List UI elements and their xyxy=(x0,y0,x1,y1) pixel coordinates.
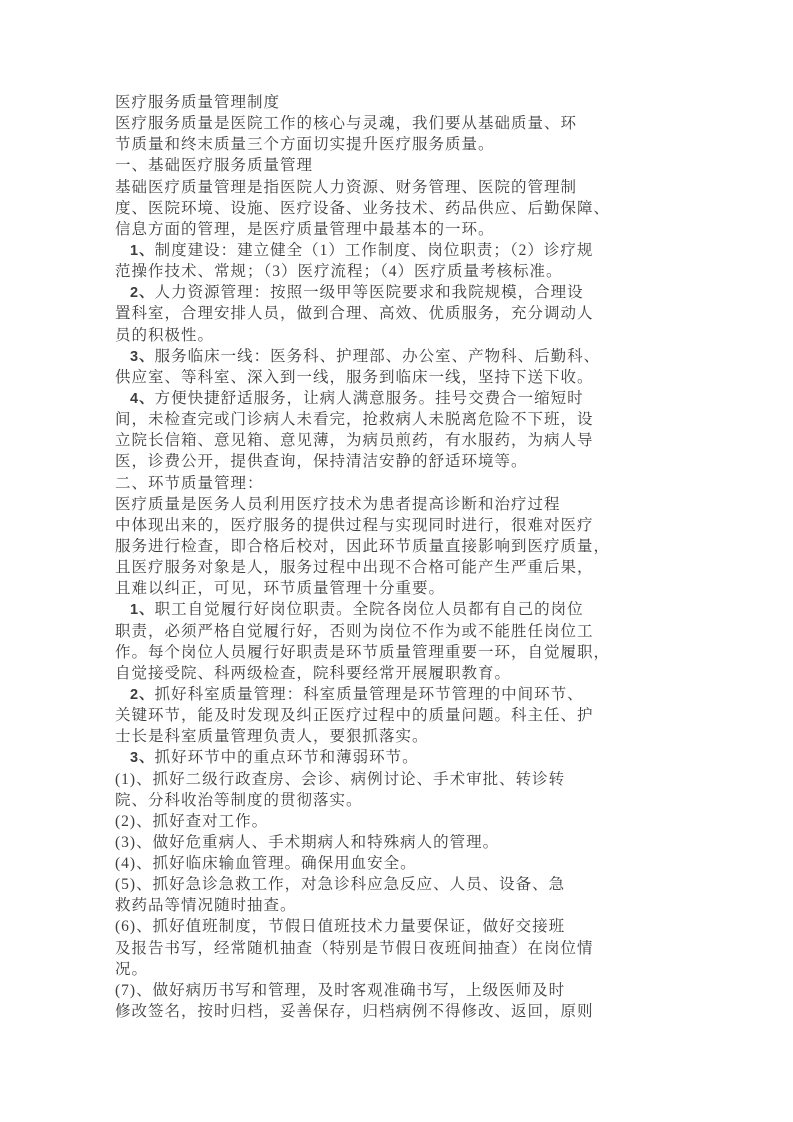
text-line: 医疗服务质量是医院工作的核心与灵魂，我们要从基础质量、环 xyxy=(115,113,715,134)
text-line: 基础医疗质量管理是指医院人力资源、财务管理、医院的管理制 xyxy=(115,177,715,198)
text-line: 节质量和终末质量三个方面切实提升医疗服务质量。 xyxy=(115,134,715,155)
document-body: 医疗服务质量管理制度医疗服务质量是医院工作的核心与灵魂，我们要从基础质量、环节质… xyxy=(115,92,715,1022)
text-line: (3)、做好危重病人、手术期病人和特殊病人的管理。 xyxy=(115,832,715,853)
text-line: (2)、抓好查对工作。 xyxy=(115,811,715,832)
text-line: 立院长信箱、意见箱、意见薄，为病员煎药，有水服药，为病人导 xyxy=(115,430,715,451)
list-number: 3、 xyxy=(130,750,155,766)
text-line: 医，诊费公开，提供查询，保持清洁安静的舒适环境等。 xyxy=(115,451,715,472)
text-line: 4、方便快捷舒适服务，让病人满意服务。挂号交费合一缩短时 xyxy=(115,388,715,409)
text-line: 信息方面的管理，是医疗质量管理中最基本的一环。 xyxy=(115,219,715,240)
text-line: 自觉接受院、科两级检查，院科要经常开展履职教育。 xyxy=(115,663,715,684)
text-line: 置科室，合理安排人员，做到合理、高效、优质服务，充分调动人 xyxy=(115,303,715,324)
text-line: (4)、抓好临床输血管理。确保用血安全。 xyxy=(115,853,715,874)
text-line: (7)、做好病历书写和管理，及时客观准确书写，上级医师及时 xyxy=(115,980,715,1001)
text-line: 救药品等情况随时抽查。 xyxy=(115,895,715,916)
text-line: 2、人力资源管理：按照一级甲等医院要求和我院规模，合理设 xyxy=(115,282,715,303)
text-line: 1、职工自觉履行好岗位职责。全院各岗位人员都有自己的岗位 xyxy=(115,599,715,620)
text-line: 且医疗服务对象是人，服务过程中出现不合格可能产生严重后果， xyxy=(115,557,715,578)
text-line: 关键环节，能及时发现及纠正医疗过程中的质量问题。科主任、护 xyxy=(115,705,715,726)
text-line: 3、服务临床一线：医务科、护理部、办公室、产物科、后勤科、 xyxy=(115,346,715,367)
text-line: 3、抓好环节中的重点环节和薄弱环节。 xyxy=(115,747,715,768)
text-line: (5)、抓好急诊急救工作，对急诊科应急反应、人员、设备、急 xyxy=(115,874,715,895)
text-line: (1)、抓好二级行政查房、会诊、病例讨论、手术审批、转诊转 xyxy=(115,769,715,790)
text-line: 及报告书写，经常随机抽查（特别是节假日夜班间抽查）在岗位情 xyxy=(115,938,715,959)
text-line: 2、抓好科室质量管理：科室质量管理是环节管理的中间环节、 xyxy=(115,684,715,705)
text-line: 士长是科室质量管理负责人，要狠抓落实。 xyxy=(115,726,715,747)
list-number: 2、 xyxy=(130,687,155,703)
text-line: 范操作技术、常规；（3）医疗流程；（4）医疗质量考核标准。 xyxy=(115,261,715,282)
text-line: 员的积极性。 xyxy=(115,325,715,346)
text-line: 作。每个岗位人员履行好职责是环节质量管理重要一环，自觉履职， xyxy=(115,642,715,663)
text-line: 间，未检查完或门诊病人未看完，抢救病人未脱离危险不下班，设 xyxy=(115,409,715,430)
text-line: 医疗质量是医务人员利用医疗技术为患者提高诊断和治疗过程 xyxy=(115,494,715,515)
text-line: 修改签名，按时归档，妥善保存，归档病例不得修改、返回，原则 xyxy=(115,1001,715,1022)
text-line: 供应室、等科室、深入到一线，服务到临床一线，坚持下送下收。 xyxy=(115,367,715,388)
text-line: 二、环节质量管理： xyxy=(115,473,715,494)
document-page: 医疗服务质量管理制度医疗服务质量是医院工作的核心与灵魂，我们要从基础质量、环节质… xyxy=(0,0,793,1122)
text-line: 医疗服务质量管理制度 xyxy=(115,92,715,113)
text-line: 职责，必须严格自觉履行好，否则为岗位不作为或不能胜任岗位工 xyxy=(115,621,715,642)
list-number: 2、 xyxy=(130,285,155,301)
text-line: 一、基础医疗服务质量管理 xyxy=(115,155,715,176)
text-line: 且难以纠正，可见，环节质量管理十分重要。 xyxy=(115,578,715,599)
list-number: 4、 xyxy=(130,391,155,407)
text-line: 况。 xyxy=(115,959,715,980)
list-number: 1、 xyxy=(130,602,155,618)
text-line: 度、医院环境、设施、医疗设备、业务技术、药品供应、后勤保障、 xyxy=(115,198,715,219)
list-number: 3、 xyxy=(130,349,155,365)
text-line: 中体现出来的，医疗服务的提供过程与实现同时进行，很难对医疗 xyxy=(115,515,715,536)
text-line: 院、分科收治等制度的贯彻落实。 xyxy=(115,790,715,811)
text-line: 服务进行检查，即合格后校对，因此环节质量直接影响到医疗质量， xyxy=(115,536,715,557)
list-number: 1、 xyxy=(130,243,155,259)
text-line: 1、制度建设：建立健全（1）工作制度、岗位职责；（2）诊疗规 xyxy=(115,240,715,261)
text-line: (6)、抓好值班制度，节假日值班技术力量要保证，做好交接班 xyxy=(115,916,715,937)
